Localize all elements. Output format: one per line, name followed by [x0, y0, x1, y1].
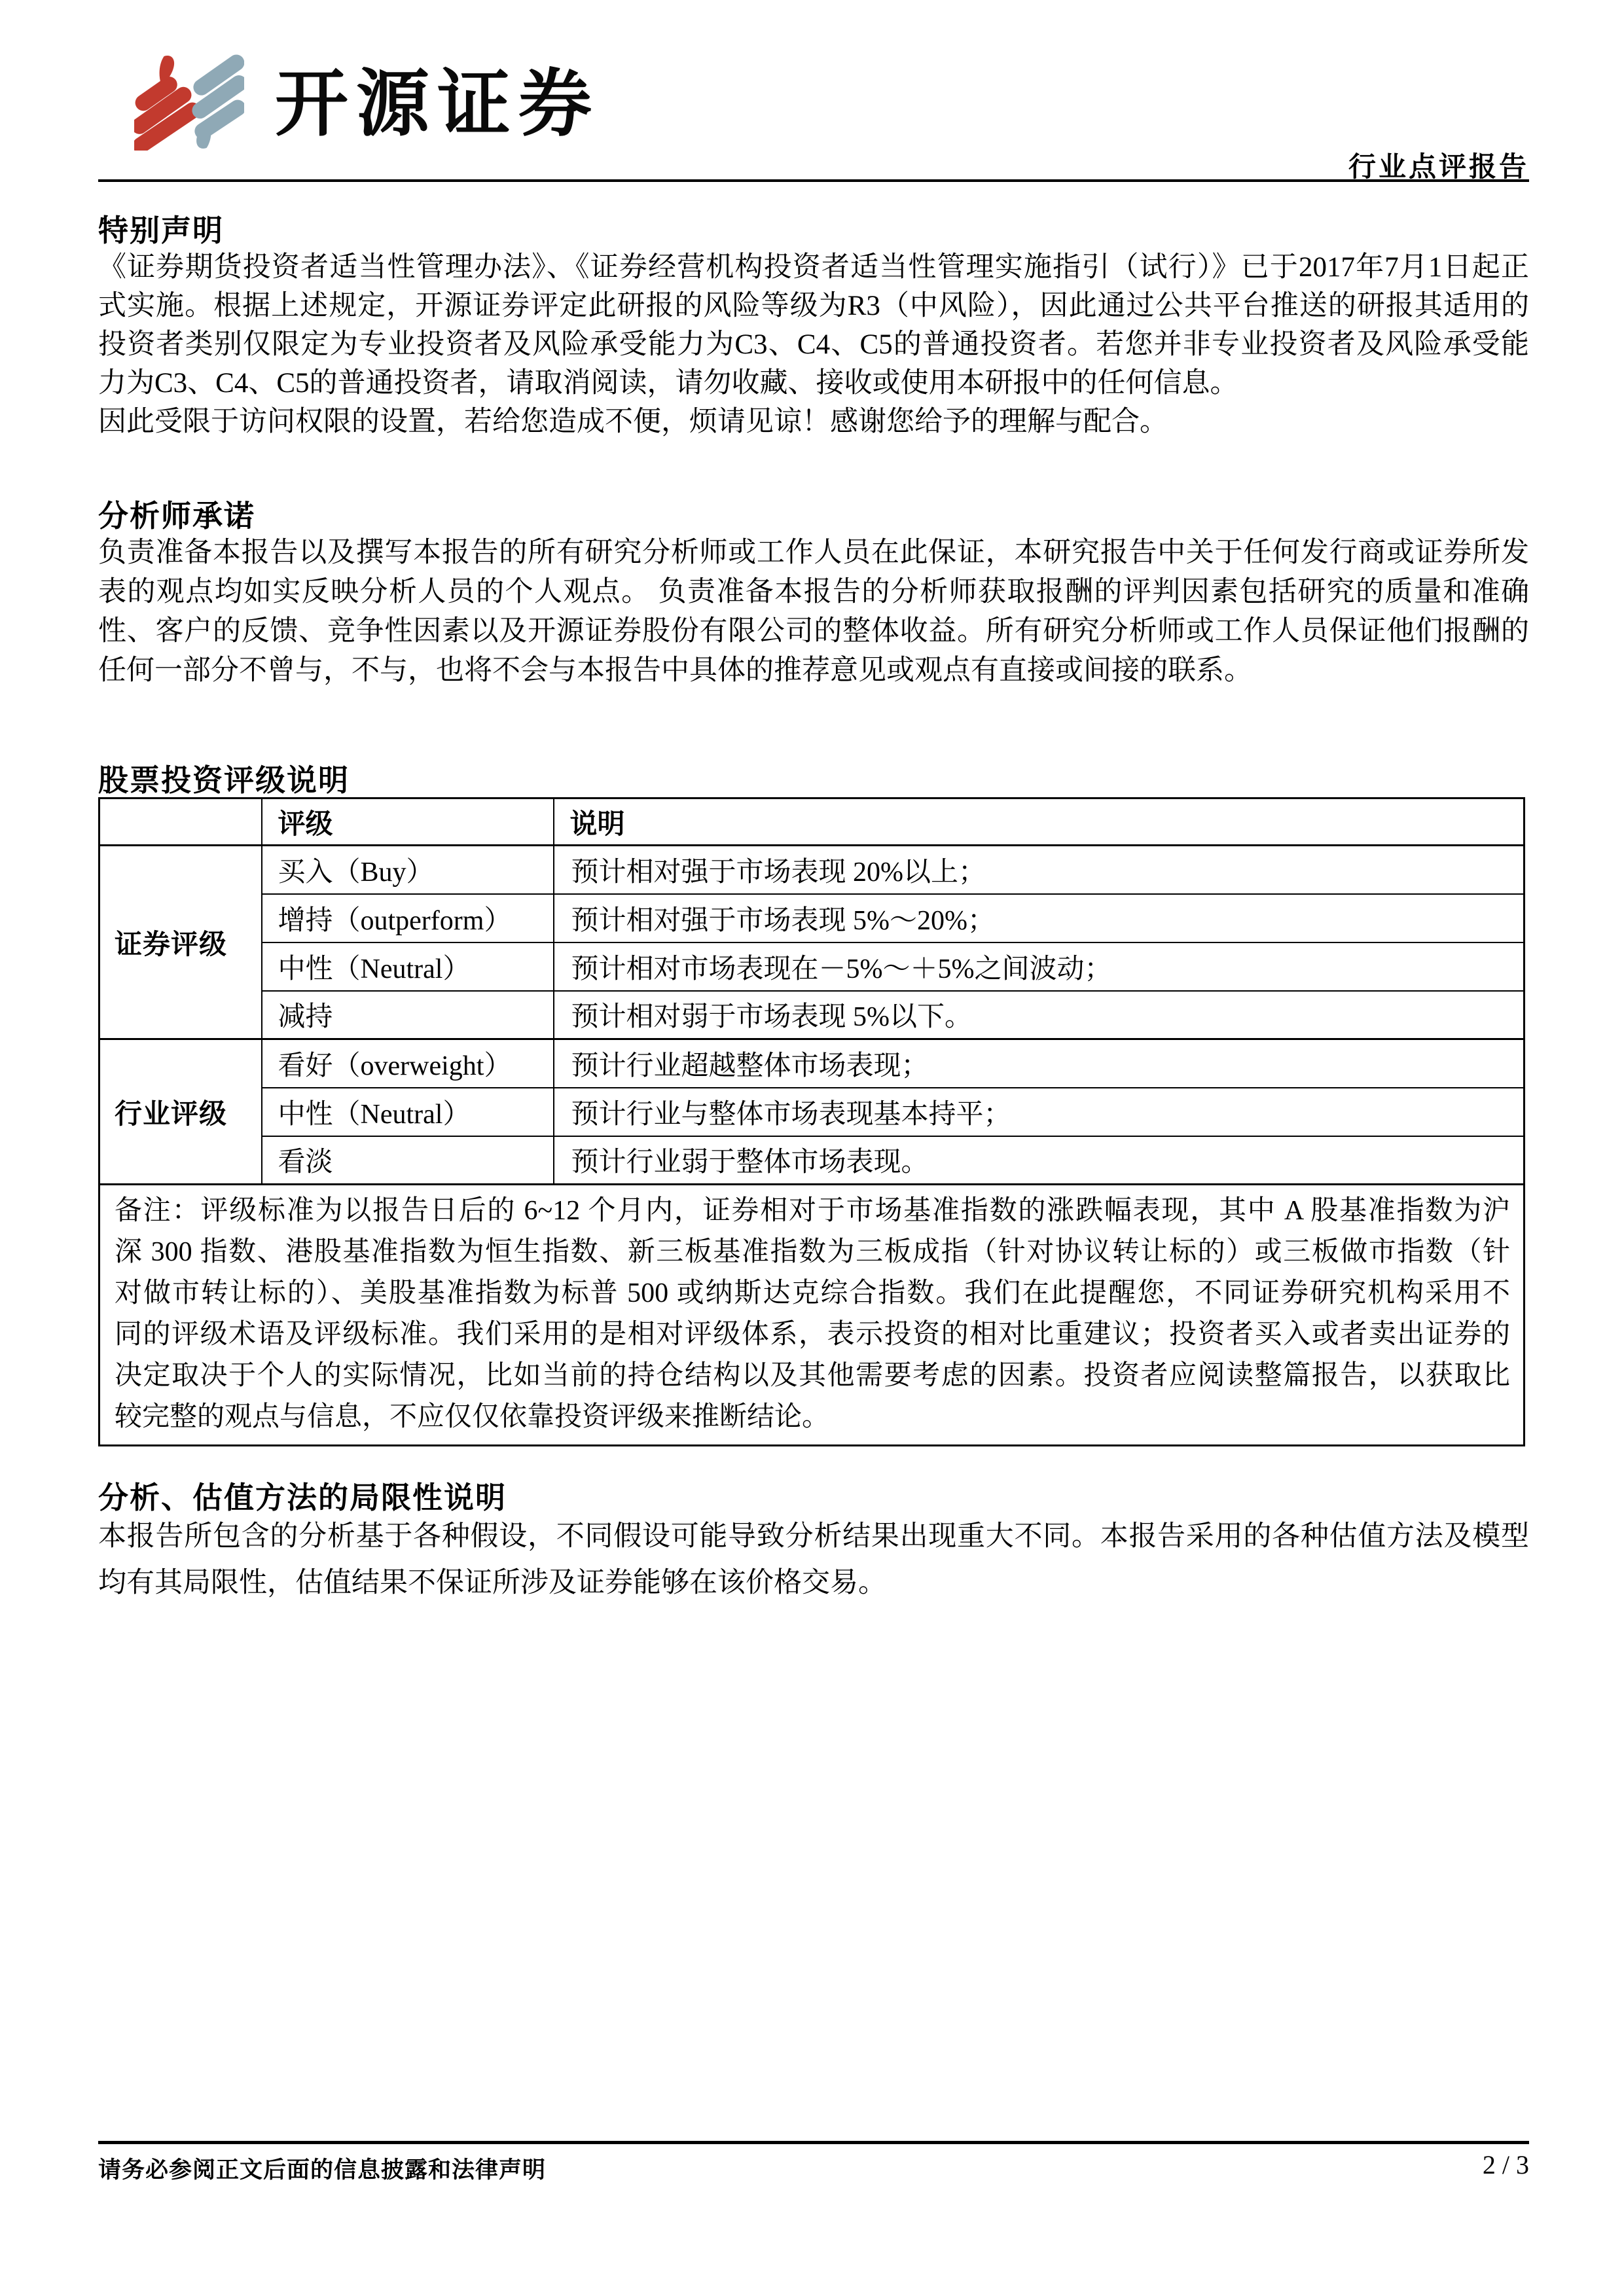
table-header-rating: 评级: [262, 798, 554, 846]
stock-rating-table: 评级 说明 证券评级 买入（Buy） 预计相对强于市场表现 20%以上； 增持（…: [98, 797, 1525, 1446]
table-row: 增持（outperform） 预计相对强于市场表现 5%～20%；: [99, 894, 1525, 942]
table-cell-rating: 中性（Neutral）: [262, 942, 554, 991]
table-row: 中性（Neutral） 预计行业与整体市场表现基本持平；: [99, 1088, 1525, 1136]
paragraph-line: 投资者类别仅限定为专业投资者及风险承受能力为C3、C4、C5的普通投资者。若您并…: [98, 325, 1529, 364]
table-cell-rating: 增持（outperform）: [262, 894, 554, 942]
page-number: 2 / 3: [1483, 2149, 1529, 2180]
table-cell-description: 预计行业弱于整体市场表现。: [554, 1136, 1525, 1185]
note-line: 对做市转让标的）、美股基准指数为标普 500 或纳斯达克综合指数。我们在此提醒您…: [115, 1273, 1510, 1314]
paragraph-line: 任何一部分不曾与，不与，也将不会与本报告中具体的推荐意见或观点有直接或间接的联系…: [98, 651, 1529, 691]
note-line: 同的评级术语及评级标准。我们采用的是相对评级体系，表示投资的相对比重建议；投资者…: [115, 1314, 1510, 1355]
valuation-limitation-paragraph: 本报告所包含的分析基于各种假设，不同假设可能导致分析结果出现重大不同。本报告采用…: [98, 1513, 1529, 1606]
kaiyuan-securities-logo-icon: [134, 54, 244, 151]
table-cell-description: 预计相对强于市场表现 5%～20%；: [554, 894, 1525, 942]
table-cell-rating: 看淡: [262, 1136, 554, 1185]
paragraph-line: 性、客户的反馈、竞争性因素以及开源证券股份有限公司的整体收益。所有研究分析师或工…: [98, 612, 1529, 651]
section-title-special-statement: 特别声明: [98, 207, 224, 250]
table-cell-description: 预计行业与整体市场表现基本持平；: [554, 1088, 1525, 1136]
note-line: 决定取决于个人的实际情况，比如当前的持仓结构以及其他需要考虑的因素。投资者应阅读…: [115, 1355, 1510, 1397]
table-row: 看淡 预计行业弱于整体市场表现。: [99, 1136, 1525, 1185]
note-line: 备注：评级标准为以报告日后的 6~12 个月内，证券相对于市场基准指数的涨跌幅表…: [115, 1191, 1510, 1232]
table-group-securities-rating: 证券评级: [99, 846, 262, 1039]
table-cell-description: 预计行业超越整体市场表现；: [554, 1039, 1525, 1088]
paragraph-line: 《证券期货投资者适当性管理办法》、《证券经营机构投资者适当性管理实施指引（试行）…: [98, 248, 1529, 287]
table-cell-rating: 买入（Buy）: [262, 846, 554, 894]
paragraph-line: 表的观点均如实反映分析人员的个人观点。 负责准备本报告的分析师获取报酬的评判因素…: [98, 573, 1529, 612]
section-title-rating-explanation: 股票投资评级说明: [98, 757, 350, 800]
analyst-commitment-paragraph: 负责准备本报告以及撰写本报告的所有研究分析师或工作人员在此保证，本研究报告中关于…: [98, 533, 1529, 691]
table-note-row: 备注：评级标准为以报告日后的 6~12 个月内，证券相对于市场基准指数的涨跌幅表…: [99, 1185, 1525, 1446]
special-statement-paragraph: 《证券期货投资者适当性管理办法》、《证券经营机构投资者适当性管理实施指引（试行）…: [98, 248, 1529, 441]
table-row: 证券评级 买入（Buy） 预计相对强于市场表现 20%以上；: [99, 846, 1525, 894]
table-header-description: 说明: [554, 798, 1525, 846]
table-cell-description: 预计相对市场表现在－5%～＋5%之间波动；: [554, 942, 1525, 991]
table-cell-rating: 看好（overweight）: [262, 1039, 554, 1088]
report-page: 开源证券 行业点评报告 特别声明 《证券期货投资者适当性管理办法》、《证券经营机…: [0, 0, 1624, 2296]
table-group-industry-rating: 行业评级: [99, 1039, 262, 1185]
table-cell-description: 预计相对强于市场表现 20%以上；: [554, 846, 1525, 894]
table-row: 减持 预计相对弱于市场表现 5%以下。: [99, 991, 1525, 1039]
paragraph-line: 负责准备本报告以及撰写本报告的所有研究分析师或工作人员在此保证，本研究报告中关于…: [98, 533, 1529, 573]
table-corner-cell: [99, 798, 262, 846]
paragraph-line: 因此受限于访问权限的设置，若给您造成不便，烦请见谅！感谢您给予的理解与配合。: [98, 403, 1529, 441]
paragraph-line: 本报告所包含的分析基于各种假设，不同假设可能导致分析结果出现重大不同。本报告采用…: [98, 1513, 1529, 1560]
note-line: 深 300 指数、港股基准指数为恒生指数、新三板基准指数为三板成指（针对协议转让…: [115, 1232, 1510, 1273]
table-cell-rating: 中性（Neutral）: [262, 1088, 554, 1136]
report-type-label: 行业点评报告: [1348, 145, 1529, 185]
paragraph-line: 式实施。根据上述规定，开源证券评定此研报的风险等级为R3（中风险），因此通过公共…: [98, 287, 1529, 325]
table-cell-description: 预计相对弱于市场表现 5%以下。: [554, 991, 1525, 1039]
note-line: 较完整的观点与信息，不应仅仅依靠投资评级来推断结论。: [115, 1397, 1510, 1438]
logo-text: 开源证券: [275, 60, 600, 149]
paragraph-line: 力为C3、C4、C5的普通投资者，请取消阅读，请勿收藏、接收或使用本研报中的任何…: [98, 364, 1529, 403]
header-rule: [98, 179, 1529, 182]
footer-rule: [98, 2141, 1529, 2144]
section-title-valuation-limitation: 分析、估值方法的局限性说明: [98, 1474, 507, 1517]
table-row: 行业评级 看好（overweight） 预计行业超越整体市场表现；: [99, 1039, 1525, 1088]
section-title-analyst-commitment: 分析师承诺: [98, 492, 255, 535]
table-cell-rating: 减持: [262, 991, 554, 1039]
footer-disclaimer: 请务必参阅正文后面的信息披露和法律声明: [98, 2152, 546, 2185]
table-row: 中性（Neutral） 预计相对市场表现在－5%～＋5%之间波动；: [99, 942, 1525, 991]
paragraph-line: 均有其局限性，估值结果不保证所涉及证券能够在该价格交易。: [98, 1560, 1529, 1606]
table-note-cell: 备注：评级标准为以报告日后的 6~12 个月内，证券相对于市场基准指数的涨跌幅表…: [99, 1185, 1525, 1446]
table-header-row: 评级 说明: [99, 798, 1525, 846]
